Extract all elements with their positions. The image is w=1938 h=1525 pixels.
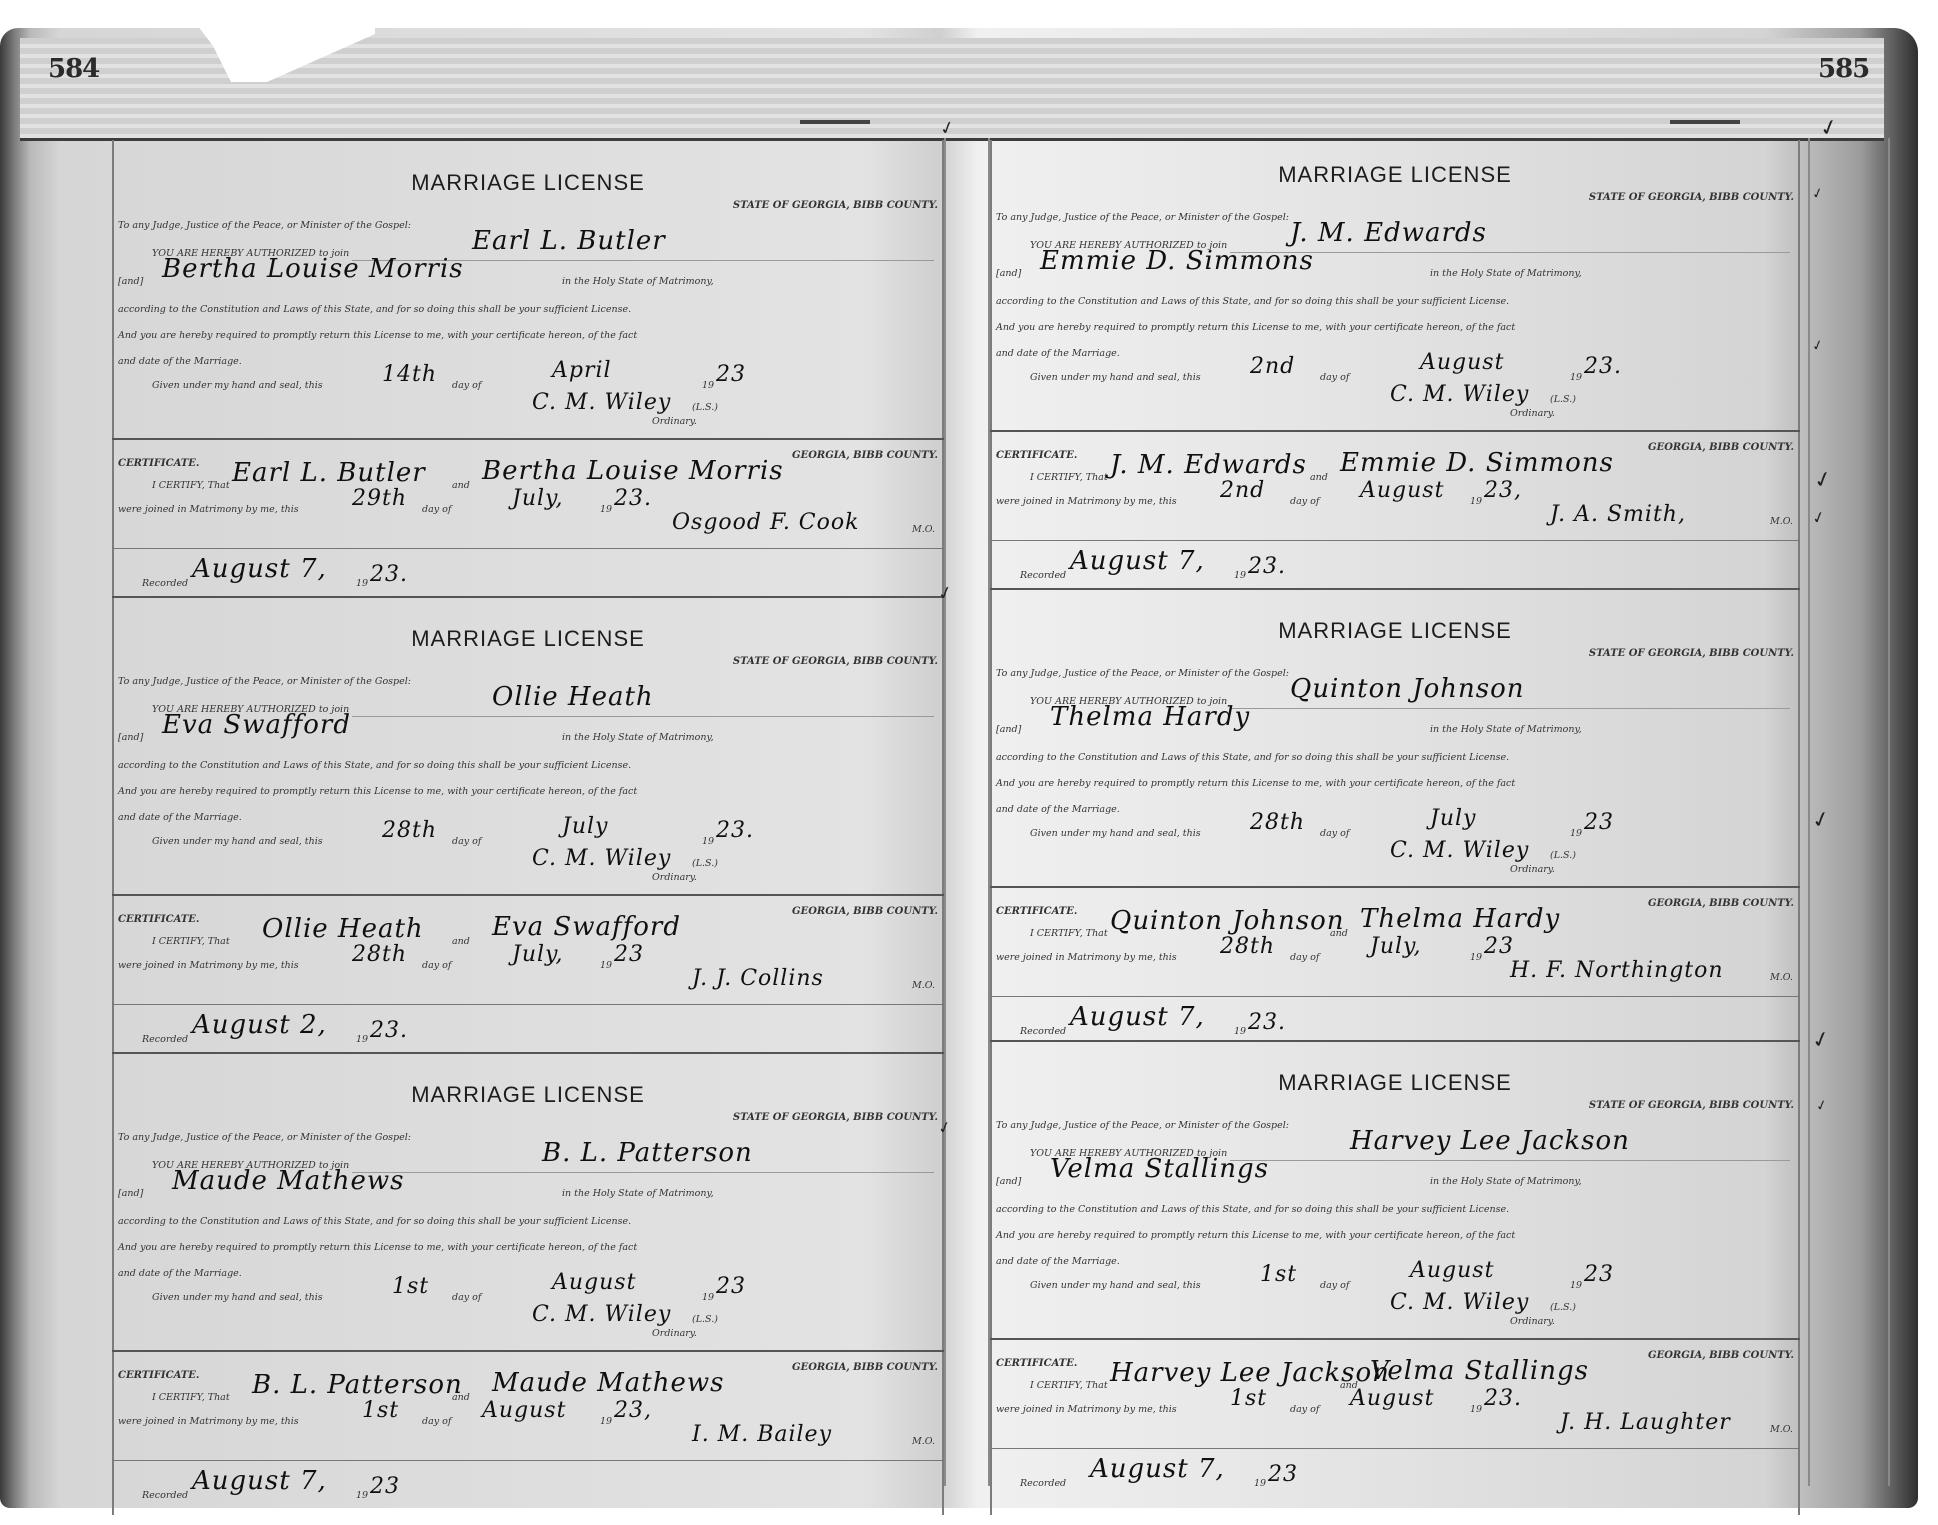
- constitution-text: according to the Constitution and Laws o…: [118, 304, 631, 315]
- ordinary-signature: C. M. Wiley: [532, 846, 671, 871]
- groom-name: Earl L. Butler: [472, 226, 666, 256]
- cert-groom: B. L. Patterson: [252, 1370, 463, 1400]
- checkmark-icon: ✓: [1810, 185, 1825, 203]
- ordinary-signature: C. M. Wiley: [532, 390, 671, 415]
- marriage-entry: MARRIAGE LICENSE STATE OF GEORGIA, BIBB …: [990, 132, 1800, 588]
- marriage-entry: MARRIAGE LICENSE STATE OF GEORGIA, BIBB …: [990, 588, 1800, 1044]
- right-page-number: 585: [1818, 54, 1869, 84]
- married-month: July,: [1370, 934, 1422, 959]
- married-day: 28th: [1220, 934, 1275, 959]
- state-county: STATE OF GEORGIA, BIBB COUNTY.: [733, 1112, 938, 1123]
- state-county: STATE OF GEORGIA, BIBB COUNTY.: [1589, 192, 1794, 203]
- state-county: STATE OF GEORGIA, BIBB COUNTY.: [733, 200, 938, 211]
- bride-name: Eva Swafford: [162, 710, 351, 740]
- bride-name: Thelma Hardy: [1050, 702, 1250, 732]
- recorded-year: 23.: [370, 1018, 408, 1043]
- recorded-date: August 7,: [1070, 546, 1205, 576]
- officiant: Osgood F. Cook: [672, 510, 859, 535]
- license-month: August: [552, 1270, 636, 1295]
- addressee-text: To any Judge, Justice of the Peace, or M…: [118, 220, 411, 231]
- given-text: Given under my hand and seal, this: [152, 380, 323, 391]
- cert-bride: Emmie D. Simmons: [1340, 448, 1614, 478]
- recorded-year: 23: [370, 1474, 400, 1499]
- cert-bride: Velma Stallings: [1370, 1356, 1589, 1386]
- marriage-entry: MARRIAGE LICENSE STATE OF GEORGIA, BIBB …: [112, 140, 944, 596]
- license-month: July: [562, 814, 608, 839]
- married-month: August: [1360, 478, 1444, 503]
- license-year: 23: [716, 362, 746, 387]
- state-county: STATE OF GEORGIA, BIBB COUNTY.: [733, 656, 938, 667]
- license-year: 23: [716, 1274, 746, 1299]
- married-day: 29th: [352, 486, 407, 511]
- license-year: 23.: [716, 818, 754, 843]
- right-printer-imprint: [1670, 120, 1740, 124]
- checkmark-icon: ✓: [1809, 806, 1833, 835]
- state-county: STATE OF GEORGIA, BIBB COUNTY.: [1589, 1100, 1794, 1111]
- officiant: I. M. Bailey: [692, 1422, 832, 1447]
- license-year: 23: [1584, 810, 1614, 835]
- license-day: 1st: [1260, 1262, 1297, 1287]
- ordinary-signature: C. M. Wiley: [532, 1302, 671, 1327]
- married-month: July,: [512, 942, 564, 967]
- page-584: MARRIAGE LICENSE STATE OF GEORGIA, BIBB …: [112, 140, 944, 1515]
- state-county: STATE OF GEORGIA, BIBB COUNTY.: [1589, 648, 1794, 659]
- date-of-text: and date of the Marriage.: [118, 356, 242, 367]
- license-month: April: [552, 358, 612, 383]
- cert-groom: Earl L. Butler: [232, 458, 426, 488]
- recorded-year: 23.: [370, 562, 408, 587]
- bride-name: Bertha Louise Morris: [162, 254, 464, 284]
- ordinary-signature: C. M. Wiley: [1390, 382, 1529, 407]
- gutter-line-left: [944, 138, 946, 1486]
- recorded-year: 23: [1268, 1462, 1298, 1487]
- cert-bride: Maude Mathews: [492, 1368, 724, 1398]
- officiant: H. F. Northington: [1510, 958, 1724, 983]
- recorded-year: 23.: [1248, 1010, 1286, 1035]
- certificate-label: CERTIFICATE.: [118, 458, 199, 469]
- married-month: July,: [512, 486, 564, 511]
- holy-state-text: in the Holy State of Matrimony,: [562, 276, 714, 287]
- checkmark-icon: ✓: [1811, 466, 1835, 495]
- married-year: 23,: [1484, 478, 1522, 503]
- ordinary-signature: C. M. Wiley: [1390, 1290, 1529, 1315]
- groom-name: J. M. Edwards: [1290, 218, 1487, 248]
- groom-name: Quinton Johnson: [1290, 674, 1525, 704]
- groom-name: Ollie Heath: [492, 682, 654, 712]
- recorded-date: August 7,: [1090, 1454, 1225, 1484]
- recorded-date: August 7,: [1070, 1002, 1205, 1032]
- marriage-entry: MARRIAGE LICENSE STATE OF GEORGIA, BIBB …: [990, 1040, 1800, 1496]
- cert-groom: Quinton Johnson: [1110, 906, 1345, 936]
- license-title: MARRIAGE LICENSE: [990, 618, 1800, 644]
- officiant: J. H. Laughter: [1560, 1410, 1731, 1435]
- marriage-entry: MARRIAGE LICENSE STATE OF GEORGIA, BIBB …: [112, 1052, 944, 1508]
- recorded-date: August 2,: [192, 1010, 327, 1040]
- license-day: 28th: [382, 818, 437, 843]
- cert-bride: Bertha Louise Morris: [482, 456, 784, 486]
- license-day: 1st: [392, 1274, 429, 1299]
- cert-groom: J. M. Edwards: [1110, 450, 1307, 480]
- cert-groom: Ollie Heath: [262, 914, 424, 944]
- checkmark-icon: ✓: [1810, 337, 1825, 355]
- married-year: 23,: [614, 1398, 652, 1423]
- cert-bride: Eva Swafford: [492, 912, 681, 942]
- bride-name: Emmie D. Simmons: [1040, 246, 1314, 276]
- officiant: J. J. Collins: [692, 966, 824, 991]
- bride-name: Maude Mathews: [172, 1166, 404, 1196]
- outer-margin-line: [1888, 138, 1890, 1486]
- officiant: J. A. Smith,: [1550, 502, 1686, 527]
- married-day: 1st: [1230, 1386, 1267, 1411]
- bride-name: Velma Stallings: [1050, 1154, 1269, 1184]
- license-year: 23.: [1584, 354, 1622, 379]
- married-year: 23: [1484, 934, 1514, 959]
- day-of-text: day of: [452, 380, 481, 391]
- license-title: MARRIAGE LICENSE: [112, 1082, 944, 1108]
- license-title: MARRIAGE LICENSE: [990, 162, 1800, 188]
- left-printer-imprint: [800, 120, 870, 124]
- checkmark-icon: ✓: [1810, 507, 1828, 529]
- required-text: And you are hereby required to promptly …: [118, 330, 637, 341]
- married-day: 2nd: [1220, 478, 1265, 503]
- license-month: August: [1410, 1258, 1494, 1283]
- license-month: July: [1430, 806, 1476, 831]
- checkmark-icon: ✓: [1814, 1097, 1829, 1115]
- recorded-date: August 7,: [192, 554, 327, 584]
- license-year: 23: [1584, 1262, 1614, 1287]
- married-year: 23.: [614, 486, 652, 511]
- left-page-number: 584: [48, 54, 99, 84]
- cert-bride: Thelma Hardy: [1360, 904, 1560, 934]
- married-day: 28th: [352, 942, 407, 967]
- page-585: MARRIAGE LICENSE STATE OF GEORGIA, BIBB …: [990, 140, 1800, 1515]
- marriage-entry: MARRIAGE LICENSE STATE OF GEORGIA, BIBB …: [112, 596, 944, 1052]
- license-day: 2nd: [1250, 354, 1295, 379]
- license-title: MARRIAGE LICENSE: [112, 626, 944, 652]
- license-title: MARRIAGE LICENSE: [112, 170, 944, 196]
- license-title: MARRIAGE LICENSE: [990, 1070, 1800, 1096]
- groom-name: B. L. Patterson: [542, 1138, 753, 1168]
- married-day: 1st: [362, 1398, 399, 1423]
- and-label: [and]: [118, 276, 143, 287]
- ordinary-signature: C. M. Wiley: [1390, 838, 1529, 863]
- checkmark-icon: ✓: [1809, 1026, 1833, 1055]
- license-day: 14th: [382, 362, 437, 387]
- recorded-date: August 7,: [192, 1466, 327, 1496]
- cert-county: GEORGIA, BIBB COUNTY.: [792, 450, 938, 461]
- married-year: 23: [614, 942, 644, 967]
- license-month: August: [1420, 350, 1504, 375]
- register-book: 584 585 MARRIAGE LICENSE STATE OF GEORGI…: [0, 28, 1918, 1508]
- groom-name: Harvey Lee Jackson: [1350, 1126, 1630, 1156]
- married-month: August: [482, 1398, 566, 1423]
- license-day: 28th: [1250, 810, 1305, 835]
- recorded-year: 23.: [1248, 554, 1286, 579]
- married-year: 23.: [1484, 1386, 1522, 1411]
- married-month: August: [1350, 1386, 1434, 1411]
